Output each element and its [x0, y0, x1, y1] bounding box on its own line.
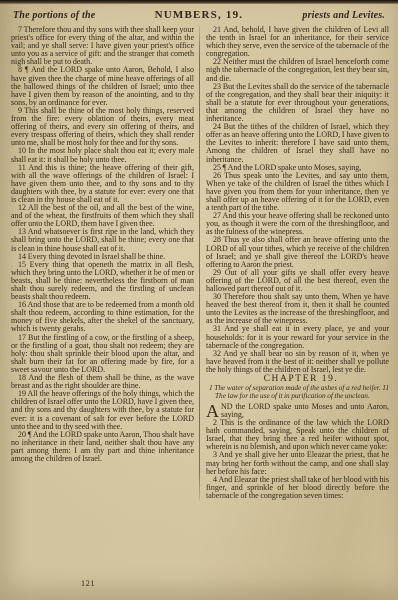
column-right: 21 And, behold, I have given the childre…	[200, 26, 389, 500]
verse: 21 And, behold, I have given the childre…	[206, 26, 389, 58]
chapter-summary: 1 The water of separation made of the as…	[206, 384, 389, 400]
bible-page: The portions of the NUMBERS, 19. priests…	[0, 0, 398, 600]
verse: 10 In the most holy place shalt thou eat…	[11, 147, 194, 163]
column-left: 7 Therefore thou and thy sons with thee …	[11, 26, 199, 500]
verse: 18 And the flesh of them shall be thine,…	[11, 374, 194, 390]
verse: 20 ¶ And the LORD spake unto Aaron, Thou…	[11, 431, 194, 463]
verse: 16 And those that are to be redeemed fro…	[11, 301, 194, 333]
verse: 28 Thus ye also shall offer an heave off…	[206, 236, 389, 268]
verse: 8 ¶ And the LORD spake unto Aaron, Behol…	[11, 66, 194, 106]
verse-with-drop-cap: AND the LORD spake unto Moses and unto A…	[206, 403, 389, 419]
first-verse-text: ND the LORD spake unto Moses and unto Aa…	[221, 402, 389, 419]
drop-cap-letter: A	[206, 403, 221, 419]
verse: 2 This is the ordinance of the law which…	[206, 419, 389, 451]
scan-edge	[0, 0, 398, 4]
running-head-left: The portions of the	[13, 10, 95, 21]
verse: 3 And ye shall give her unto Eleazar the…	[206, 451, 389, 475]
verse: 9 This shall be thine of the most holy t…	[11, 107, 194, 147]
verse: 23 But the Levites shall do the service …	[206, 83, 389, 123]
chapter19-verses: 2 This is the ordinance of the law which…	[206, 419, 389, 500]
verse: 7 Therefore thou and thy sons with thee …	[11, 26, 194, 66]
verse: 22 Neither must the children of Israel h…	[206, 58, 389, 82]
verse: 26 Thus speak unto the Levites, and say …	[206, 172, 389, 212]
verse: 24 But the tithes of the children of Isr…	[206, 123, 389, 163]
verse: 32 And ye shall bear no sin by reason of…	[206, 350, 389, 374]
verse: 30 Therefore thou shalt say unto them, W…	[206, 293, 389, 325]
verse: 11 And this is thine; the heave offering…	[11, 164, 194, 204]
running-head-right: priests and Levites.	[302, 10, 385, 21]
right-column-verses: 21 And, behold, I have given the childre…	[206, 26, 389, 374]
verse: 17 But the firstling of a cow, or the fi…	[11, 334, 194, 374]
verse: 19 All the heave offerings of the holy t…	[11, 390, 194, 430]
verse: 4 And Eleazar the priest shall take of h…	[206, 476, 389, 500]
verse: 15 Every thing that openeth the matrix i…	[11, 261, 194, 301]
verse: 12 All the best of the oil, and all the …	[11, 204, 194, 228]
text-columns: 7 Therefore thou and thy sons with thee …	[0, 22, 398, 500]
verse: 13 And whatsoever is first ripe in the l…	[11, 228, 194, 252]
verse: 31 And ye shall eat it in every place, y…	[206, 325, 389, 349]
running-head-title: NUMBERS, 19.	[155, 9, 244, 21]
verse: 27 And this your heave offering shall be…	[206, 212, 389, 236]
verse: 29 Out of all your gifts ye shall offer …	[206, 269, 389, 293]
page-number: 121	[66, 578, 110, 588]
